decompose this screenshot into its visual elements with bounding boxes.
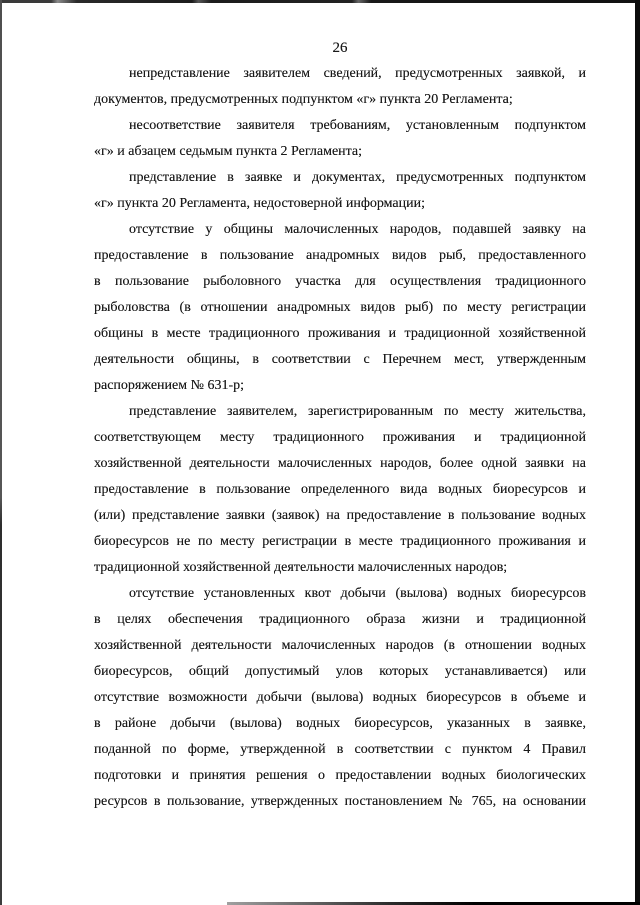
text-line: хозяйственной деятельности малочисленных… <box>94 451 586 477</box>
scan-edge-right <box>635 0 640 905</box>
document-page: 26 непредставление заявителем сведений, … <box>0 0 640 905</box>
document-body: непредставление заявителем сведений, пре… <box>94 61 586 815</box>
text-line: представление заявителем, зарегистрирова… <box>94 399 586 425</box>
text-line: ресурсов в пользование, утвержденных пос… <box>94 789 586 815</box>
text-line: «г» и абзацем седьмым пункта 2 Регламент… <box>94 139 586 165</box>
text-line: в целях обеспечения традиционного образа… <box>94 607 586 633</box>
text-line: отсутствие установленных квот добычи (вы… <box>94 581 586 607</box>
text-line: отсутствие у общины малочисленных народо… <box>94 217 586 243</box>
paragraph: отсутствие установленных квот добычи (вы… <box>94 581 586 815</box>
scan-edge-left <box>0 0 2 905</box>
paragraph: непредставление заявителем сведений, пре… <box>94 61 586 113</box>
text-line: хозяйственной деятельности малочисленных… <box>94 633 586 659</box>
text-line: предоставление в пользование определенно… <box>94 477 586 503</box>
text-line: предоставление в пользование анадромных … <box>94 243 586 269</box>
text-line: подготовки и принятия решения о предоста… <box>94 763 586 789</box>
text-line: рыболовства (в отношении анадромных видо… <box>94 295 586 321</box>
text-line: документов, предусмотренных подпунктом «… <box>94 87 586 113</box>
text-line: биоресурсов, общий допустимый улов котор… <box>94 659 586 685</box>
page-number: 26 <box>94 35 586 61</box>
text-line: традиционной хозяйственной деятельности … <box>94 555 586 581</box>
text-line: в районе добычи (вылова) водных биоресур… <box>94 711 586 737</box>
scan-edge-top <box>0 0 640 3</box>
paragraph: несоответствие заявителя требованиям, ус… <box>94 113 586 165</box>
text-line: общины в месте традиционного проживания … <box>94 321 586 347</box>
text-line: представление в заявке и документах, пре… <box>94 165 586 191</box>
text-line: распоряжением № 631-р; <box>94 373 586 399</box>
text-column: 26 непредставление заявителем сведений, … <box>94 35 586 815</box>
text-line: несоответствие заявителя требованиям, ус… <box>94 113 586 139</box>
text-line: поданной по форме, утвержденной в соотве… <box>94 737 586 763</box>
text-line: «г» пункта 20 Регламента, недостоверной … <box>94 191 586 217</box>
text-line: соответствующем месту традиционного прож… <box>94 425 586 451</box>
paragraph: представление заявителем, зарегистрирова… <box>94 399 586 581</box>
text-line: в пользование рыболовного участка для ос… <box>94 269 586 295</box>
text-line: деятельности общины, в соответствии с Пе… <box>94 347 586 373</box>
text-line: отсутствие возможности добычи (вылова) в… <box>94 685 586 711</box>
text-line: биоресурсов не по месту регистрации в ме… <box>94 529 586 555</box>
paragraph: представление в заявке и документах, пре… <box>94 165 586 217</box>
paragraph: отсутствие у общины малочисленных народо… <box>94 217 586 399</box>
text-line: непредставление заявителем сведений, пре… <box>94 61 586 87</box>
text-line: (или) представление заявки (заявок) на п… <box>94 503 586 529</box>
